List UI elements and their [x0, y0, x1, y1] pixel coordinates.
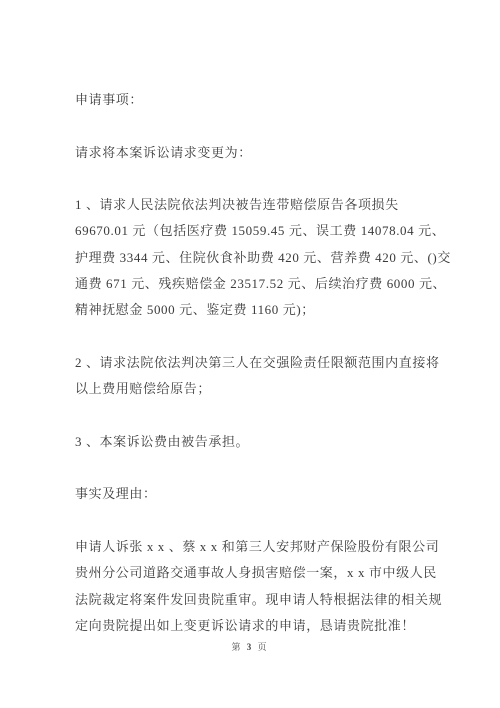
page-footer: 第 3 页: [0, 640, 500, 654]
document-line: 法院裁定将案件发回贵院重审。现申请人特根据法律的相关规: [75, 587, 440, 613]
document-line: 以上费用赔偿给原告；: [75, 376, 440, 402]
paragraph: 2 、请求法院依法判决第三人在交强险责任限额范围内直接将以上费用赔偿给原告；: [75, 350, 440, 403]
document-line: 申请人诉张 x x 、蔡 x x 和第三人安邦财产保险股份有限公司: [75, 534, 440, 560]
footer-page-number: 3: [247, 642, 254, 652]
document-line: 护理费 3344 元、住院伙食补助费 420 元、营养费 420 元、()交: [75, 245, 440, 271]
document-line: 69670.01 元（包括医疗费 15059.45 元、误工费 14078.04…: [75, 218, 440, 244]
document-line: 事实及理由：: [75, 481, 440, 507]
paragraph: 事实及理由：: [75, 481, 440, 507]
footer-suffix: 页: [258, 642, 269, 652]
document-line: 申请事项：: [75, 87, 440, 113]
paragraph: 申请人诉张 x x 、蔡 x x 和第三人安邦财产保险股份有限公司贵州分公司道路…: [75, 534, 440, 639]
paragraph: 3 、本案诉讼费由被告承担。: [75, 429, 440, 455]
document-body: 申请事项：请求将本案诉讼请求变更为：1 、请求人民法院依法判决被告连带赔偿原告各…: [0, 0, 500, 639]
document-line: 2 、请求法院依法判决第三人在交强险责任限额范围内直接将: [75, 350, 440, 376]
document-line: 1 、请求人民法院依法判决被告连带赔偿原告各项损失: [75, 192, 440, 218]
document-page: 申请事项：请求将本案诉讼请求变更为：1 、请求人民法院依法判决被告连带赔偿原告各…: [0, 0, 500, 708]
document-line: 贵州分公司道路交通事故人身损害赔偿一案，x x 市中级人民: [75, 560, 440, 586]
document-line: 请求将本案诉讼请求变更为：: [75, 140, 440, 166]
document-line: 定向贵院提出如上变更诉讼请求的申请，恳请贵院批准！: [75, 613, 440, 639]
footer-prefix: 第: [231, 642, 242, 652]
paragraph: 申请事项：: [75, 87, 440, 113]
document-line: 精神抚慰金 5000 元、鉴定费 1160 元)；: [75, 297, 440, 323]
paragraph: 请求将本案诉讼请求变更为：: [75, 140, 440, 166]
document-line: 通费 671 元、残疾赔偿金 23517.52 元、后续治疗费 6000 元、: [75, 271, 440, 297]
paragraph: 1 、请求人民法院依法判决被告连带赔偿原告各项损失69670.01 元（包括医疗…: [75, 192, 440, 323]
document-line: 3 、本案诉讼费由被告承担。: [75, 429, 440, 455]
